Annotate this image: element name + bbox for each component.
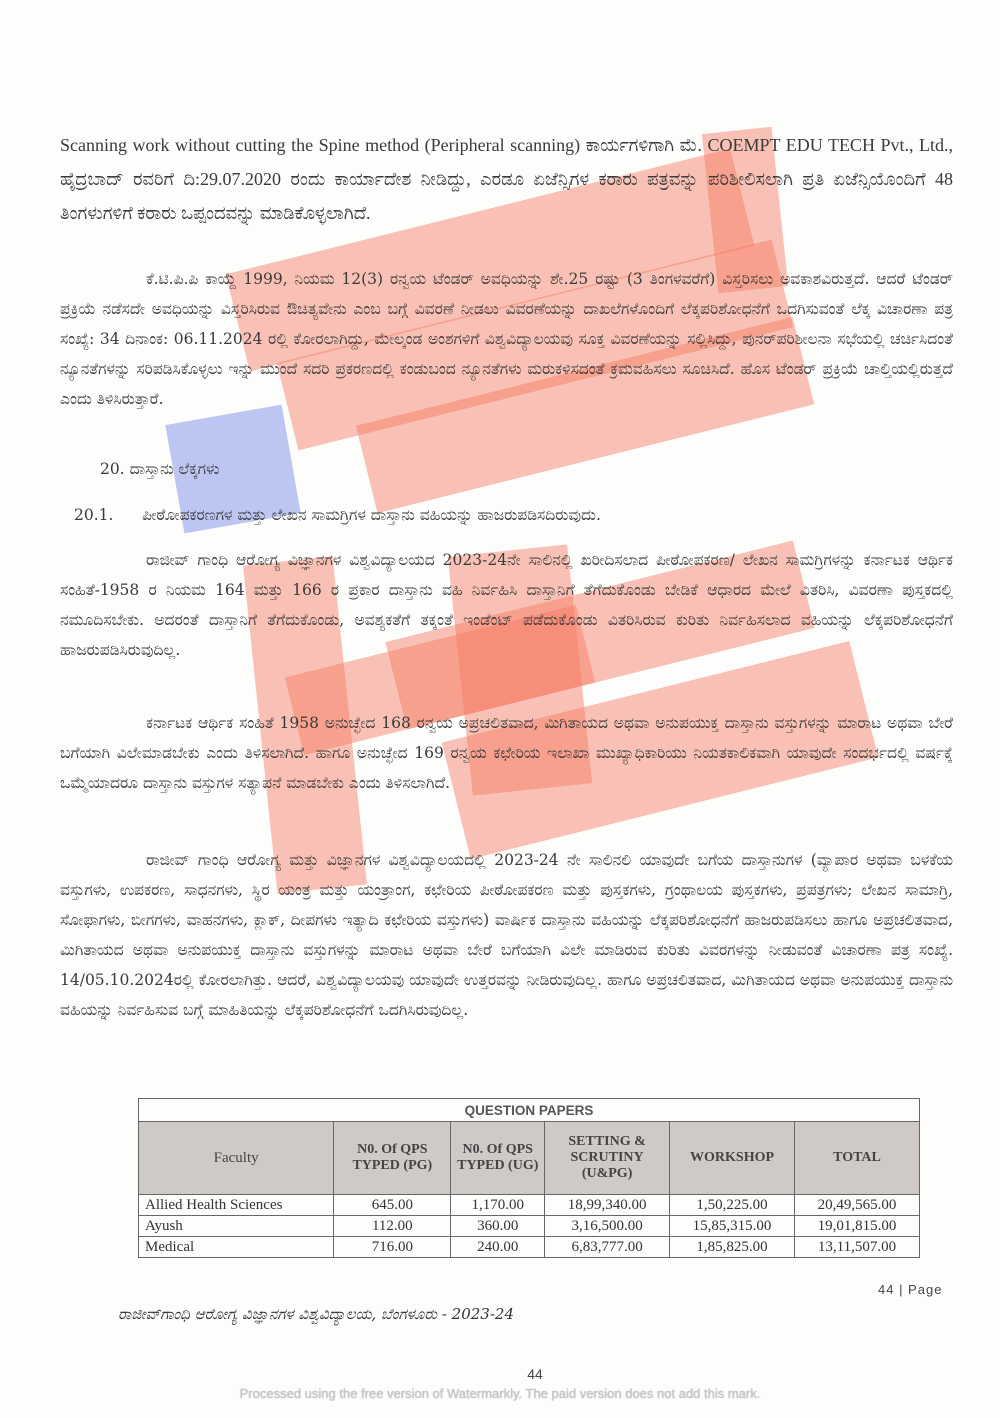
cell-faculty: Allied Health Sciences (139, 1195, 334, 1216)
section-heading: 20. ದಾಸ್ತಾನು ಲೆಕ್ಕಗಳು (100, 460, 219, 479)
cell-qps-pg: 716.00 (334, 1237, 451, 1258)
cell-qps-pg: 645.00 (334, 1195, 451, 1216)
subsection-title: ಪೀಠೋಪಕರಣಗಳ ಮತ್ತು ಲೇಖನ ಸಾಮಗ್ರಿಗಳ ದಾಸ್ತಾನು… (142, 506, 601, 525)
paragraph-stock-register: ರಾಜೀವ್ ಗಾಂಧಿ ಆರೋಗ್ಯ ಮತ್ತು ವಿಜ್ಞಾನಗಳ ವಿಶ್… (60, 845, 953, 1025)
column-header-qps-pg: N0. Of QPS TYPED (PG) (334, 1122, 451, 1195)
cell-setting: 3,16,500.00 (545, 1216, 670, 1237)
paragraph-scanning-work: Scanning work without cutting the Spine … (60, 128, 953, 230)
paragraph-financial-code: ಕರ್ನಾಟಕ ಆರ್ಥಿಕ ಸಂಹಿತೆ 1958 ಅನುಚ್ಛೇದ 168 … (60, 708, 953, 798)
cell-faculty: Medical (139, 1237, 334, 1258)
column-header-faculty: Faculty (139, 1122, 334, 1195)
cell-qps-pg: 112.00 (334, 1216, 451, 1237)
column-header-total: TOTAL (795, 1122, 920, 1195)
subsection-number: 20.1. (74, 506, 113, 524)
column-header-workshop: WORKSHOP (670, 1122, 795, 1195)
watermark-note: Processed using the free version of Wate… (0, 1386, 1000, 1401)
table-row: Allied Health Sciences 645.00 1,170.00 1… (139, 1195, 920, 1216)
paragraph-tender-extension: ಕೆ.ಟಿ.ಪಿ.ಪಿ ಕಾಯ್ದೆ 1999, ನಿಯಮ 12(3) ರನ್ವ… (60, 264, 953, 414)
footer-title: ರಾಜೀವ್‌ಗಾಂಧಿ ಆರೋಗ್ಯ ವಿಜ್ಞಾನಗಳ ವಿಶ್ವವಿದ್ಯ… (118, 1305, 514, 1323)
cell-qps-ug: 240.00 (451, 1237, 545, 1258)
table-row: Ayush 112.00 360.00 3,16,500.00 15,85,31… (139, 1216, 920, 1237)
page-number: 44 (0, 1366, 1000, 1382)
cell-qps-ug: 1,170.00 (451, 1195, 545, 1216)
cell-qps-ug: 360.00 (451, 1216, 545, 1237)
page-label: 44 | Page (878, 1282, 942, 1297)
column-header-setting-scrutiny: SETTING & SCRUTINY (U&PG) (545, 1122, 670, 1195)
cell-setting: 18,99,340.00 (545, 1195, 670, 1216)
cell-workshop: 1,50,225.00 (670, 1195, 795, 1216)
column-header-qps-ug: N0. Of QPS TYPED (UG) (451, 1122, 545, 1195)
cell-workshop: 1,85,825.00 (670, 1237, 795, 1258)
cell-total: 13,11,507.00 (795, 1237, 920, 1258)
cell-total: 20,49,565.00 (795, 1195, 920, 1216)
cell-total: 19,01,815.00 (795, 1216, 920, 1237)
table-row: Medical 716.00 240.00 6,83,777.00 1,85,8… (139, 1237, 920, 1258)
paragraph-furniture-stock: ರಾಜೀವ್ ಗಾಂಧಿ ಆರೋಗ್ಯ ವಿಜ್ಞಾನಗಳ ವಿಶ್ವವಿದ್ಯ… (60, 545, 953, 665)
cell-faculty: Ayush (139, 1216, 334, 1237)
cell-setting: 6,83,777.00 (545, 1237, 670, 1258)
cell-workshop: 15,85,315.00 (670, 1216, 795, 1237)
question-papers-table: QUESTION PAPERS Faculty N0. Of QPS TYPED… (138, 1098, 920, 1258)
table-title: QUESTION PAPERS (139, 1099, 920, 1122)
